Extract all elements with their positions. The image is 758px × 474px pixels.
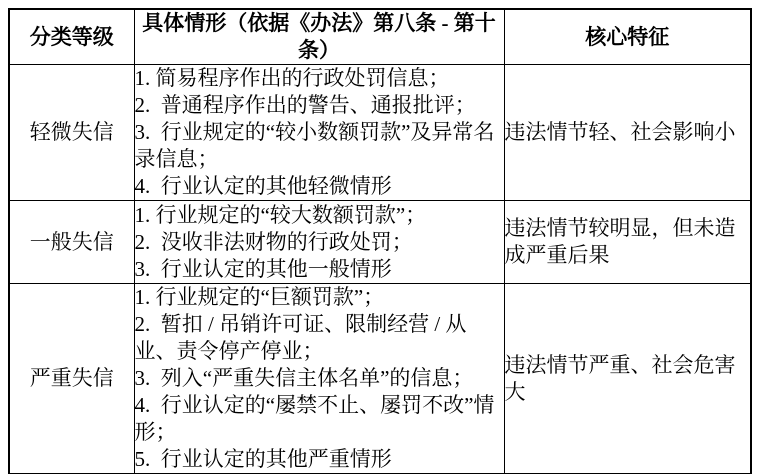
feature-label-minor: 违法情节轻、社会影响小 bbox=[505, 120, 736, 144]
header-specific-circumstances: 具体情形（依据《办法》第八条 - 第十条） bbox=[134, 9, 504, 65]
items-cell-severe: 1. 行业规定的“巨额罚款”； 2. 暂扣 / 吊销许可证、限制经营 / 从业、… bbox=[134, 284, 504, 474]
item-line: 3. 行业规定的“较小数额罚款”及异常名录信息； bbox=[135, 119, 504, 173]
level-cell-severe: 严重失信 bbox=[9, 284, 134, 474]
item-line: 1. 简易程序作出的行政处罚信息； bbox=[135, 65, 504, 92]
header-core-characteristics: 核心特征 bbox=[504, 9, 751, 65]
item-line: 3. 行业认定的其他一般情形 bbox=[135, 256, 504, 283]
level-label-minor: 轻微失信 bbox=[30, 120, 114, 144]
level-cell-general: 一般失信 bbox=[9, 201, 134, 284]
header-core-characteristics-label: 核心特征 bbox=[585, 25, 669, 49]
feature-cell-general: 违法情节较明显，但未造成严重后果 bbox=[504, 201, 751, 284]
feature-label-general: 违法情节较明显，但未造成严重后果 bbox=[505, 216, 736, 267]
table-row-severe-dishonesty: 严重失信 1. 行业规定的“巨额罚款”； 2. 暂扣 / 吊销许可证、限制经营 … bbox=[9, 284, 751, 474]
table-row-general-dishonesty: 一般失信 1. 行业规定的“较大数额罚款”； 2. 没收非法财物的行政处罚； 3… bbox=[9, 201, 751, 284]
item-line: 4. 行业认定的其他轻微情形 bbox=[135, 173, 504, 200]
item-line: 4. 行业认定的“屡禁不止、屡罚不改”情形； bbox=[135, 392, 504, 446]
item-line: 5. 行业认定的其他严重情形 bbox=[135, 446, 504, 473]
header-classification-level: 分类等级 bbox=[9, 9, 134, 65]
classification-table: 分类等级 具体情形（依据《办法》第八条 - 第十条） 核心特征 轻微失信 1. … bbox=[8, 8, 752, 474]
level-label-severe: 严重失信 bbox=[30, 366, 114, 390]
level-label-general: 一般失信 bbox=[30, 230, 114, 254]
items-cell-general: 1. 行业规定的“较大数额罚款”； 2. 没收非法财物的行政处罚； 3. 行业认… bbox=[134, 201, 504, 284]
header-specific-circumstances-label: 具体情形（依据《办法》第八条 - 第十条） bbox=[142, 11, 496, 62]
item-line: 1. 行业规定的“较大数额罚款”； bbox=[135, 202, 504, 229]
feature-cell-severe: 违法情节严重、社会危害大 bbox=[504, 284, 751, 474]
item-line: 1. 行业规定的“巨额罚款”； bbox=[135, 284, 504, 311]
item-line: 2. 暂扣 / 吊销许可证、限制经营 / 从业、责令停产停业； bbox=[135, 311, 504, 365]
item-line: 2. 普通程序作出的警告、通报批评； bbox=[135, 92, 504, 119]
level-cell-minor: 轻微失信 bbox=[9, 65, 134, 201]
items-cell-minor: 1. 简易程序作出的行政处罚信息； 2. 普通程序作出的警告、通报批评； 3. … bbox=[134, 65, 504, 201]
header-classification-level-label: 分类等级 bbox=[30, 25, 114, 49]
item-line: 2. 没收非法财物的行政处罚； bbox=[135, 229, 504, 256]
table-header-row: 分类等级 具体情形（依据《办法》第八条 - 第十条） 核心特征 bbox=[9, 9, 751, 65]
table-row-minor-dishonesty: 轻微失信 1. 简易程序作出的行政处罚信息； 2. 普通程序作出的警告、通报批评… bbox=[9, 65, 751, 201]
feature-cell-minor: 违法情节轻、社会影响小 bbox=[504, 65, 751, 201]
item-line: 3. 列入“严重失信主体名单”的信息； bbox=[135, 365, 504, 392]
feature-label-severe: 违法情节严重、社会危害大 bbox=[505, 353, 736, 404]
